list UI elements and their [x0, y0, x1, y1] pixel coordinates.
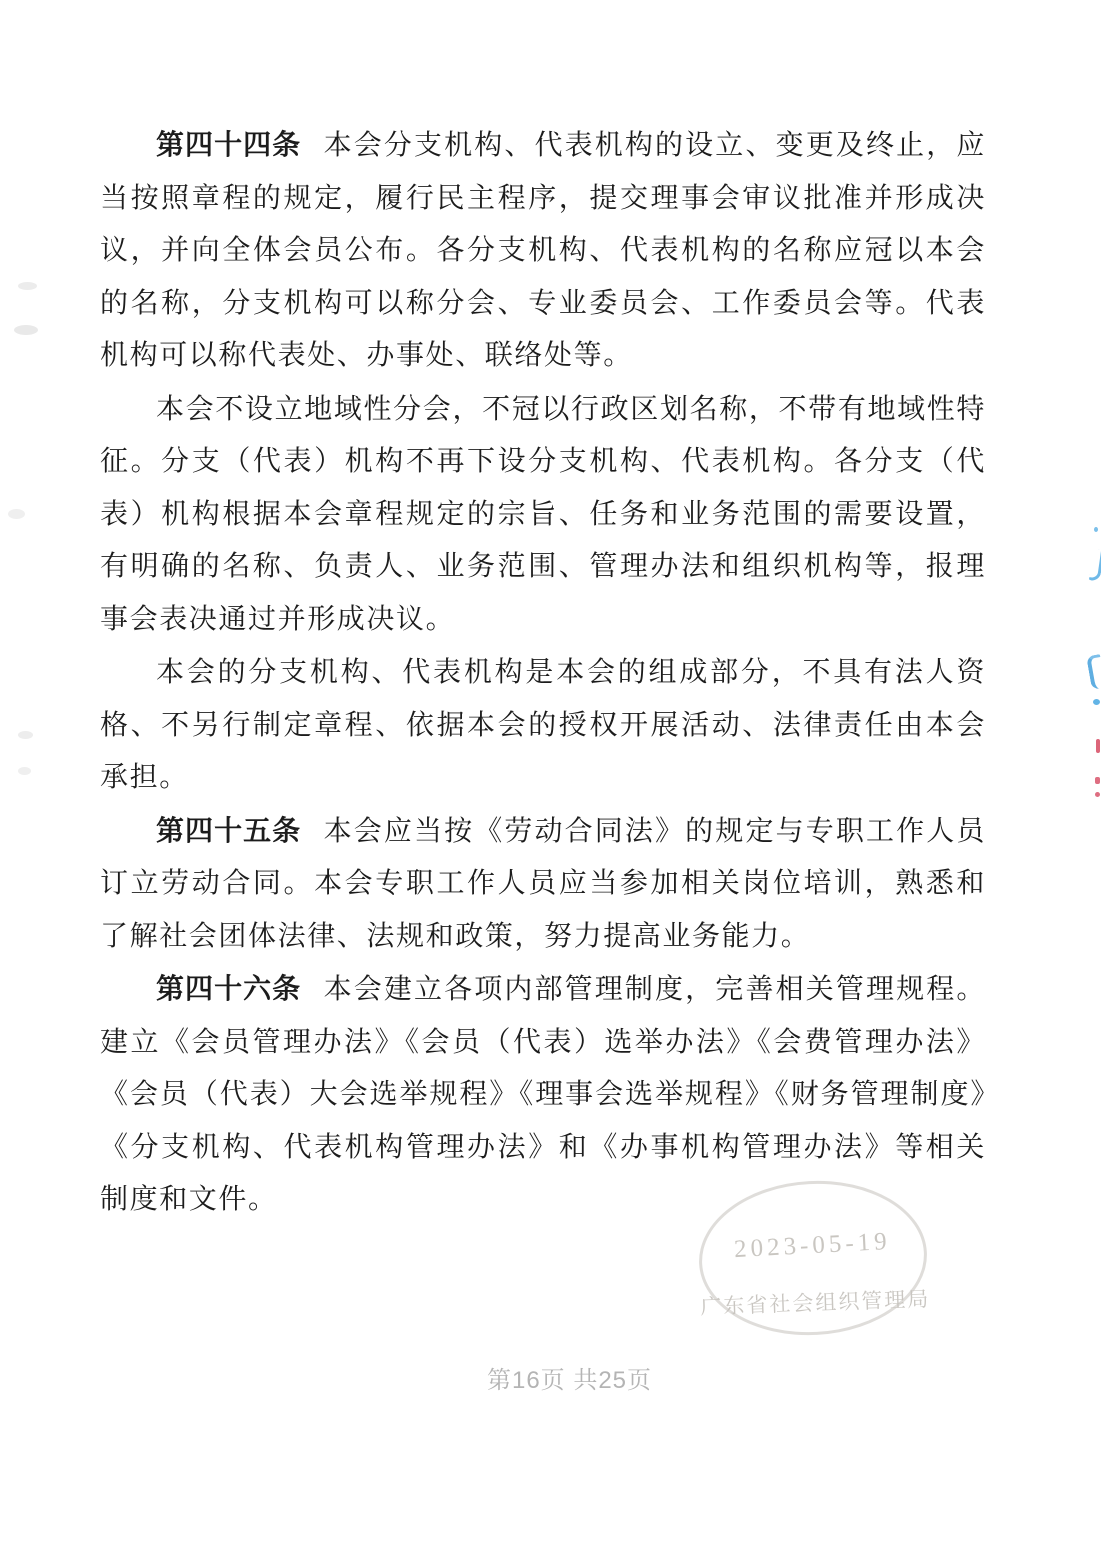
paragraph: 本会的分支机构、代表机构是本会的组成部分，不具有法人资格、不另行制定章程、依据本… [100, 646, 986, 805]
scan-artifact-red-mark [1096, 739, 1100, 753]
scan-artifact-red-dot [1095, 792, 1100, 797]
document-body: 第四十四条本会分支机构、代表机构的设立、变更及终止，应当按照章程的规定，履行民主… [100, 119, 986, 1227]
scan-artifact-smudge [18, 731, 33, 739]
scan-artifact-blue-dot [1094, 527, 1098, 532]
paragraph-text: 本会建立各项内部管理制度，完善相关管理规程。建立《会员管理办法》《会员（代表）选… [100, 974, 986, 1215]
scan-artifact-red-dot [1095, 777, 1100, 784]
paragraph-text: 本会不设立地域性分会，不冠以行政区划名称，不带有地域性特征。分支（代表）机构不再… [100, 394, 986, 635]
scan-artifact-smudge [14, 325, 38, 335]
scan-artifact-smudge [18, 282, 37, 290]
page-footer: 第16页 共25页 [19, 1360, 1101, 1395]
scan-artifact-blue-mark [1089, 548, 1101, 581]
article-number: 第四十四条 [156, 129, 301, 160]
paragraph: 本会不设立地域性分会，不冠以行政区划名称，不带有地域性特征。分支（代表）机构不再… [100, 383, 986, 647]
scan-artifact-blue-mark [1086, 654, 1101, 690]
document-page: 第四十四条本会分支机构、代表机构的设立、变更及终止，应当按照章程的规定，履行民主… [0, 0, 1101, 1557]
paragraph: 第四十四条本会分支机构、代表机构的设立、变更及终止，应当按照章程的规定，履行民主… [100, 119, 986, 383]
stamp-date: 2023-05-19 [701, 1226, 924, 1266]
article-number: 第四十六条 [156, 973, 301, 1004]
paragraph-text: 本会的分支机构、代表机构是本会的组成部分，不具有法人资格、不另行制定章程、依据本… [100, 657, 986, 793]
scan-artifact-blue-dot [1093, 699, 1100, 705]
scan-artifact-smudge [18, 767, 31, 775]
scan-artifact-smudge [8, 509, 25, 519]
paragraph: 第四十五条本会应当按《劳动合同法》的规定与专职工作人员订立劳动合同。本会专职工作… [100, 805, 986, 964]
page-number: 第16页 共25页 [487, 1367, 652, 1394]
article-number: 第四十五条 [156, 815, 301, 846]
stamp-agency: 广东省社会组织管理局 [690, 1283, 941, 1322]
paragraph-text: 本会分支机构、代表机构的设立、变更及终止，应当按照章程的规定，履行民主程序，提交… [100, 130, 986, 371]
